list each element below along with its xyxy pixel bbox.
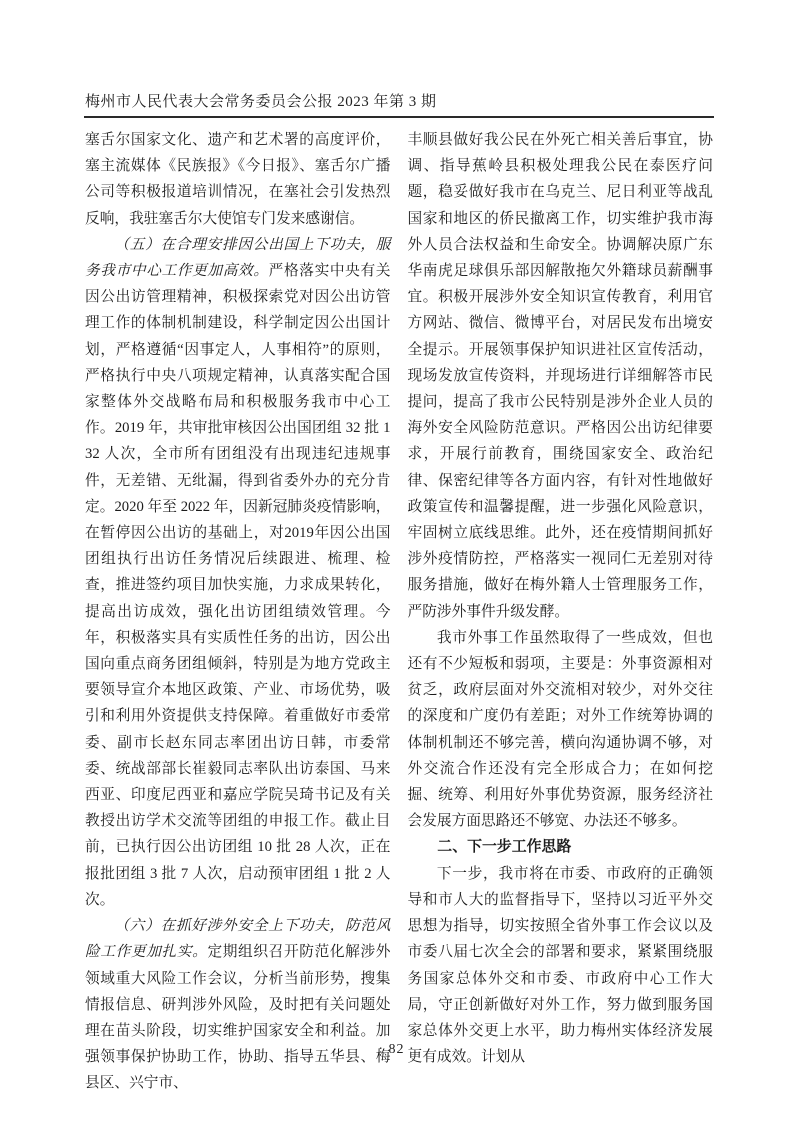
body-paragraph: （六）在抓好涉外安全上下功夫，防范风险工作更加扎实。定期组织召开防范化解涉外领域… — [85, 913, 391, 1096]
page-number: · 82 · — [0, 1042, 793, 1058]
paragraph-lead-sentence: （五）在合理安排因公出国上下功夫，服务我市中心工作更加高效。 — [85, 237, 391, 279]
paragraph-lead-sentence: （六）在抓好涉外安全上下功夫，防范风险工作更加扎实。 — [85, 918, 391, 960]
header-rule — [84, 116, 714, 118]
document-page: 梅州市人民代表大会常务委员会公报 2023 年第 3 期 塞舌尔国家文化、遗产和… — [0, 0, 793, 1122]
two-column-body: 塞舌尔国家文化、遗产和艺术署的高度评价，塞主流媒体《民族报》《今日报》、塞舌尔广… — [85, 127, 713, 1097]
page-header-title: 梅州市人民代表大会常务委员会公报 2023 年第 3 期 — [85, 90, 713, 111]
left-column: 塞舌尔国家文化、遗产和艺术署的高度评价，塞主流媒体《民族报》《今日报》、塞舌尔广… — [85, 127, 391, 1097]
body-paragraph: 丰顺县做好我公民在外死亡相关善后事宜，协调、指导蕉岭县积极处理我公民在泰医疗问题… — [408, 127, 714, 625]
section-heading: 二、下一步工作思路 — [408, 834, 714, 860]
body-paragraph: 我市外事工作虽然取得了一些成效，但也还有不少短板和弱项，主要是：外事资源相对贫乏… — [408, 625, 714, 835]
right-column: 丰顺县做好我公民在外死亡相关善后事宜，协调、指导蕉岭县积极处理我公民在泰医疗问题… — [408, 127, 714, 1097]
body-paragraph: （五）在合理安排因公出国上下功夫，服务我市中心工作更加高效。严格落实中央有关因公… — [85, 232, 391, 913]
body-paragraph: 塞舌尔国家文化、遗产和艺术署的高度评价，塞主流媒体《民族报》《今日报》、塞舌尔广… — [85, 127, 391, 232]
body-paragraph: 下一步，我市将在市委、市政府的正确领导和市人大的监督指导下，坚持以习近平外交思想… — [408, 861, 714, 1071]
